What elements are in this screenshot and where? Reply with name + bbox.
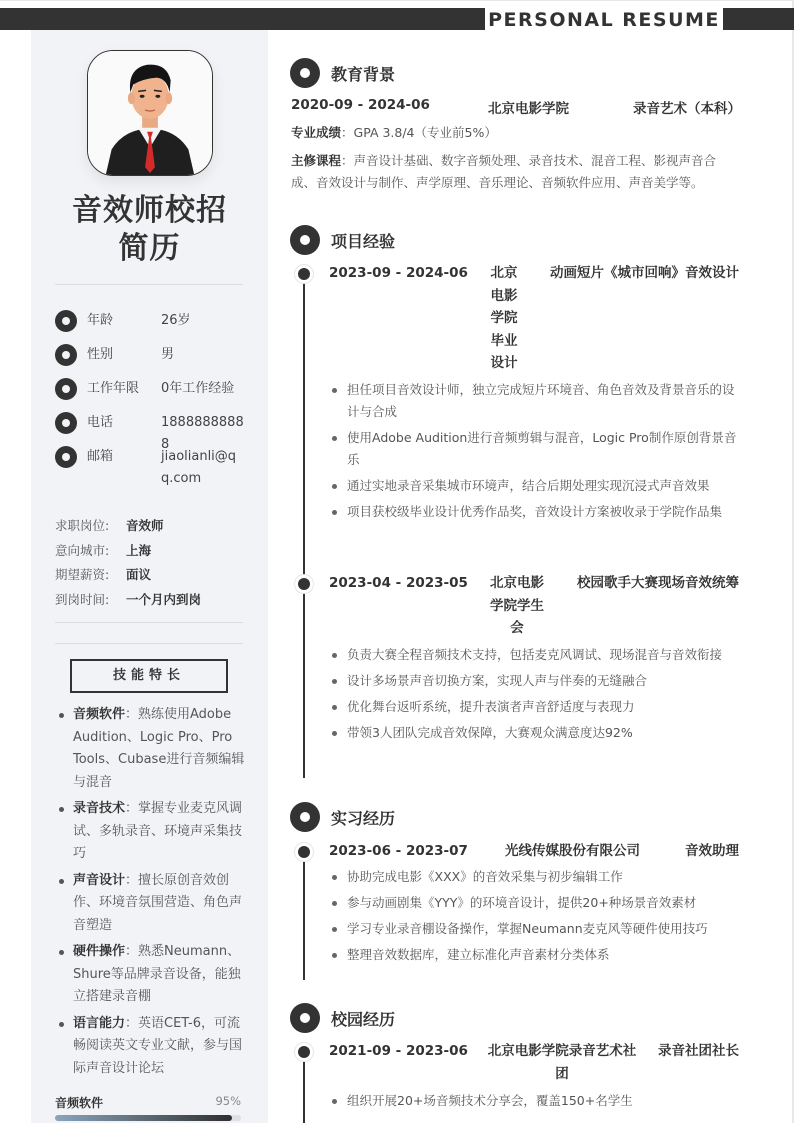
education-date: 2020-09 - 2024-06 (291, 97, 430, 113)
bullet-item: 带领3人团队完成音效保障，大赛观众满意度达92% (329, 722, 739, 744)
courses-label: 主修课程 (291, 153, 341, 168)
timeline-line (303, 852, 305, 980)
project-bullets: 担任项目音效设计师，独立完成短片环境音、角色音效及背景音乐的设计与合成 使用Ad… (329, 379, 739, 527)
entry-org: 北京电影学院毕业设计 (487, 262, 521, 375)
info-value: 26岁 (161, 310, 245, 332)
info-value[interactable]: jiaolianli@qq.com (161, 446, 245, 490)
internship-bullets: 协助完成电影《XXX》的音效采集与初步编辑工作 参与动画剧集《YYY》的环境音设… (329, 866, 739, 970)
gpa-value: ：GPA 3.8/4（专业前5%） (341, 125, 497, 140)
entry-org: 光线传媒股份有限公司 (505, 840, 665, 863)
skill-name: 声音设计 (73, 873, 125, 888)
divider (55, 622, 243, 623)
timeline-line (303, 1052, 305, 1123)
skill-item: 语言能力：英语CET-6，可流畅阅读英文专业文献，参与国际声音设计论坛 (55, 1013, 245, 1081)
skill-name: 音频软件 (73, 707, 125, 722)
briefcase-icon (55, 378, 77, 400)
name-line-1: 音效师校招 (31, 192, 268, 230)
bullet-item: 担任项目音效设计师，独立完成短片环境音、角色音效及背景音乐的设计与合成 (329, 379, 739, 423)
campus-entry-header: 2021-09 - 2023-06 北京电影学院录音艺术社团 录音社团社长 (329, 1040, 739, 1086)
info-row-gender: 性别 男 (55, 344, 245, 368)
gender-icon (55, 344, 77, 366)
section-campus-header: 校园经历 (290, 1003, 395, 1033)
section-bullet-icon (290, 58, 320, 88)
timeline-dot-icon (298, 1046, 310, 1058)
job-label: 到岗时间: (55, 591, 126, 609)
timeline-line (303, 274, 305, 778)
sidebar: 音效师校招 简历 年龄 26岁 性别 男 工作年限 0年工作经验 电话 1888… (31, 30, 268, 1123)
bullet-item: 通过实地录音采集城市环境声，结合后期处理实现沉浸式声音效果 (329, 475, 739, 497)
section-bullet-icon (290, 802, 320, 832)
skills-heading: 技能特长 (70, 659, 228, 693)
entry-role: 录音社团社长 (658, 1040, 739, 1063)
section-title: 教育背景 (331, 62, 395, 85)
job-label: 期望薪资: (55, 566, 126, 584)
avatar-portrait-icon (88, 51, 212, 175)
entry-role: 音效助理 (685, 840, 739, 863)
courses-value: ：声音设计基础、数字音频处理、录音技术、混音工程、影视声音合成、音效设计与制作、… (291, 153, 716, 190)
skill-item: 音频软件：熟练使用Adobe Audition、Logic Pro、Pro To… (55, 704, 245, 794)
section-projects-header: 项目经验 (290, 225, 395, 255)
bullet-item: 组织开展20+场音频技术分享会，覆盖150+名学生 (329, 1090, 739, 1112)
name-line-2: 简历 (31, 230, 268, 268)
bullet-item: 优化舞台返听系统，提升表演者声音舒适度与表现力 (329, 696, 739, 718)
phone-icon (55, 412, 77, 434)
avatar (87, 50, 213, 176)
project-bullets: 负责大赛全程音频技术支持，包括麦克风调试、现场混音与音效衔接 设计多场景声音切换… (329, 644, 739, 748)
main-content: 教育背景 2020-09 - 2024-06 北京电影学院 录音艺术（本科） 专… (268, 30, 792, 1123)
info-label: 邮箱 (87, 446, 161, 468)
skill-bar-percent: 95% (215, 1094, 241, 1108)
candidate-name: 音效师校招 简历 (31, 192, 268, 268)
section-bullet-icon (290, 225, 320, 255)
project-entry-header: 2023-04 - 2023-05 北京电影学院学生会 校园歌手大赛现场音效统筹 (329, 572, 739, 640)
section-education-header: 教育背景 (290, 58, 395, 88)
education-courses: 主修课程：声音设计基础、数字音频处理、录音技术、混音工程、影视声音合成、音效设计… (291, 150, 741, 194)
job-row-salary: 期望薪资: 面议 (55, 566, 151, 584)
timeline-dot-icon (298, 578, 310, 590)
info-label: 电话 (87, 412, 161, 434)
job-value: 一个月内到岗 (126, 591, 201, 609)
info-value: 0年工作经验 (161, 378, 245, 400)
timeline-dot-icon (298, 846, 310, 858)
education-gpa: 专业成绩：GPA 3.8/4（专业前5%） (291, 122, 741, 144)
gpa-label: 专业成绩 (291, 125, 341, 140)
skill-name: 语言能力 (73, 1016, 125, 1031)
info-row-age: 年龄 26岁 (55, 310, 245, 334)
job-label: 意向城市: (55, 542, 126, 560)
job-value: 面议 (126, 566, 151, 584)
bullet-item: 负责大赛全程音频技术支持，包括麦克风调试、现场混音与音效衔接 (329, 644, 739, 666)
info-label: 年龄 (87, 310, 161, 332)
skill-name: 录音技术 (73, 801, 125, 816)
header-bar-right (723, 8, 794, 30)
section-title: 实习经历 (331, 806, 395, 829)
job-value: 音效师 (126, 517, 164, 535)
job-label: 求职岗位: (55, 517, 126, 535)
entry-date: 2023-04 - 2023-05 (329, 572, 468, 595)
info-label: 工作年限 (87, 378, 161, 400)
bullet-item: 设计多场景声音切换方案，实现人声与伴奏的无缝融合 (329, 670, 739, 692)
info-row-experience: 工作年限 0年工作经验 (55, 378, 245, 402)
skill-name: 硬件操作 (73, 944, 125, 959)
entry-date: 2021-09 - 2023-06 (329, 1040, 468, 1063)
project-entry-header: 2023-09 - 2024-06 北京电影学院毕业设计 动画短片《城市回响》音… (329, 262, 739, 374)
bullet-item: 参与动画剧集《YYY》的环境音设计，提供20+种场景音效素材 (329, 892, 739, 914)
entry-role: 校园歌手大赛现场音效统筹 (577, 572, 739, 595)
resume-page: PERSONAL RESUME (0, 0, 794, 1123)
info-row-phone: 电话 18888888888 (55, 412, 245, 436)
bullet-item: 使用Adobe Audition进行音频剪辑与混音，Logic Pro制作原创背… (329, 427, 739, 471)
divider (55, 643, 243, 644)
info-row-email: 邮箱 jiaolianli@qq.com (55, 446, 245, 470)
job-row-city: 意向城市: 上海 (55, 542, 151, 560)
info-value: 男 (161, 344, 245, 366)
skill-item: 录音技术：掌握专业麦克风调试、多轨录音、环境声采集技巧 (55, 798, 245, 866)
bullet-item: 学习专业录音棚设备操作，掌握Neumann麦克风等硬件使用技巧 (329, 918, 739, 940)
skill-bar-label: 音频软件 (55, 1094, 103, 1111)
bullet-item: 整理音效数据库，建立标准化声音素材分类体系 (329, 944, 739, 966)
education-major: 录音艺术（本科） (633, 97, 741, 117)
skills-list: 音频软件：熟练使用Adobe Audition、Logic Pro、Pro To… (55, 704, 245, 1084)
education-school: 北京电影学院 (488, 97, 569, 117)
bullet-item: 项目获校级毕业设计优秀作品奖，音效设计方案被收录于学院作品集 (329, 501, 739, 523)
job-row-position: 求职岗位: 音效师 (55, 517, 164, 535)
job-value: 上海 (126, 542, 151, 560)
header-bar-left (0, 8, 485, 30)
entry-role: 动画短片《城市回响》音效设计 (550, 262, 739, 285)
section-title: 校园经历 (331, 1007, 395, 1030)
timeline-dot-icon (298, 268, 310, 280)
entry-org: 北京电影学院录音艺术社团 (487, 1040, 637, 1085)
job-row-availability: 到岗时间: 一个月内到岗 (55, 591, 201, 609)
skill-bar-fill (55, 1115, 232, 1121)
entry-date: 2023-09 - 2024-06 (329, 262, 468, 285)
entry-org: 北京电影学院学生会 (487, 572, 547, 640)
email-icon (55, 446, 77, 468)
skill-item: 硬件操作：熟悉Neumann、Shure等品牌录音设备，能独立搭建录音棚 (55, 941, 245, 1009)
age-icon (55, 310, 77, 332)
section-bullet-icon (290, 1003, 320, 1033)
internship-entry-header: 2023-06 - 2023-07 光线传媒股份有限公司 音效助理 (329, 840, 739, 864)
entry-date: 2023-06 - 2023-07 (329, 840, 468, 863)
bullet-item: 协助完成电影《XXX》的音效采集与初步编辑工作 (329, 866, 739, 888)
skill-bar-track (55, 1115, 241, 1121)
campus-bullets: 组织开展20+场音频技术分享会，覆盖150+名学生 (329, 1090, 739, 1116)
info-label: 性别 (87, 344, 161, 366)
divider (55, 284, 243, 285)
section-title: 项目经验 (331, 229, 395, 252)
section-internship-header: 实习经历 (290, 802, 395, 832)
skill-item: 声音设计：擅长原创音效创作、环境音氛围营造、角色声音塑造 (55, 870, 245, 938)
